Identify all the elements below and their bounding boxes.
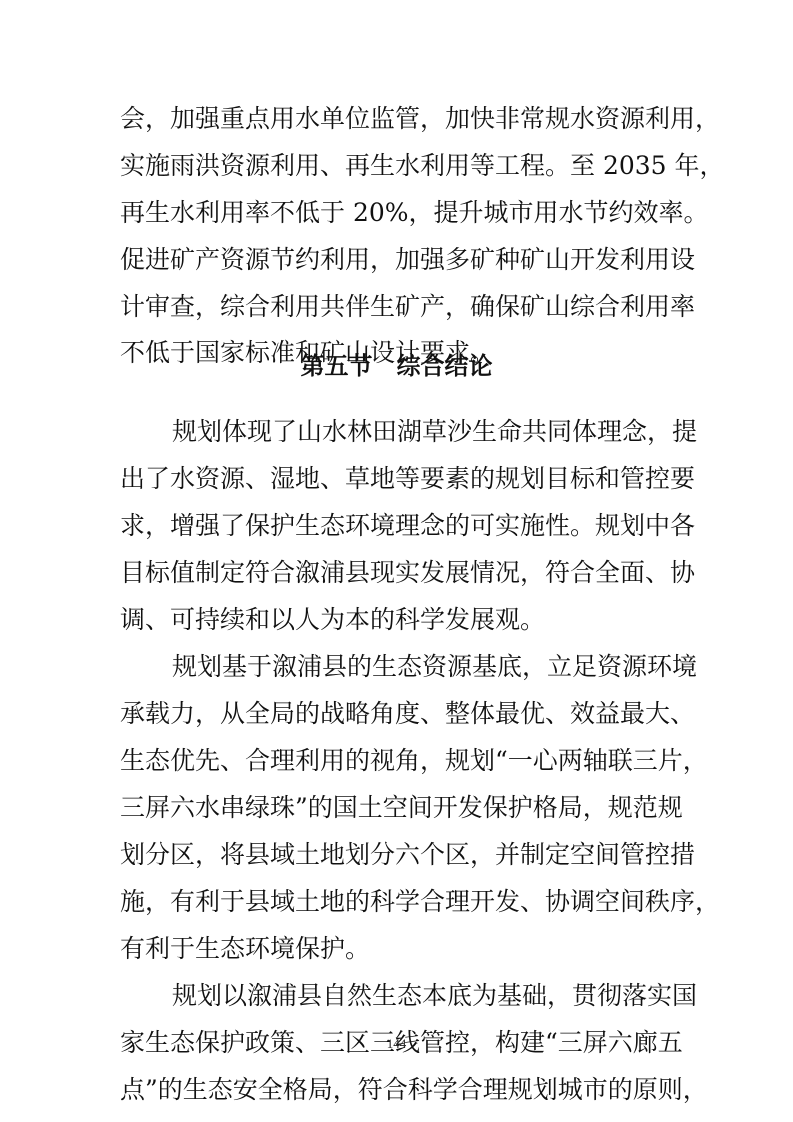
section-heading: 第五节 综合结论 [0,348,793,384]
text-line: 出了水资源、湿地、草地等要素的规划目标和管控要 [120,462,676,496]
text-line: 点”的生态安全格局，符合科学合理规划城市的原则， [120,1073,676,1107]
text-line: 再生水利用率不低于 20%，提升城市用水节约效率。 [120,196,676,230]
text-line: 实施雨洪资源利用、再生水利用等工程。至 2035 年， [120,149,676,183]
text-line: 划分区，将县域土地划分六个区，并制定空间管控措 [120,838,676,872]
text-line: 承载力，从全局的战略角度、整体最优、效益最大、 [120,697,676,731]
text-line: 调、可持续和以人为本的科学发展观。 [120,603,676,637]
text-line: 规划以溆浦县自然生态本底为基础，贯彻落实国 [172,979,676,1013]
text-line: 规划基于溆浦县的生态资源基底，立足资源环境 [172,650,676,684]
text-line: 会，加强重点用水单位监管，加快非常规水资源利用， [120,102,676,136]
document-page: 会，加强重点用水单位监管，加快非常规水资源利用， 实施雨洪资源利用、再生水利用等… [0,0,793,1122]
text-line: 有利于生态环境保护。 [120,932,676,966]
text-line: 促进矿产资源节约利用，加强多矿种矿山开发利用设 [120,243,676,277]
page-number: 144 [0,1036,793,1052]
text-line: 生态优先、合理利用的视角，规划“一心两轴联三片， [120,744,676,778]
text-line: 三屏六水串绿珠”的国土空间开发保护格局，规范规 [120,791,676,825]
text-line: 目标值制定符合溆浦县现实发展情况，符合全面、协 [120,556,676,590]
text-line [120,304,676,338]
text-line: 施，有利于县域土地的科学合理开发、协调空间秩序， [120,885,676,919]
text-line: 规划体现了山水林田湖草沙生命共同体理念，提 [172,415,676,449]
text-line: 求，增强了保护生态环境理念的可实施性。规划中各 [120,509,676,543]
